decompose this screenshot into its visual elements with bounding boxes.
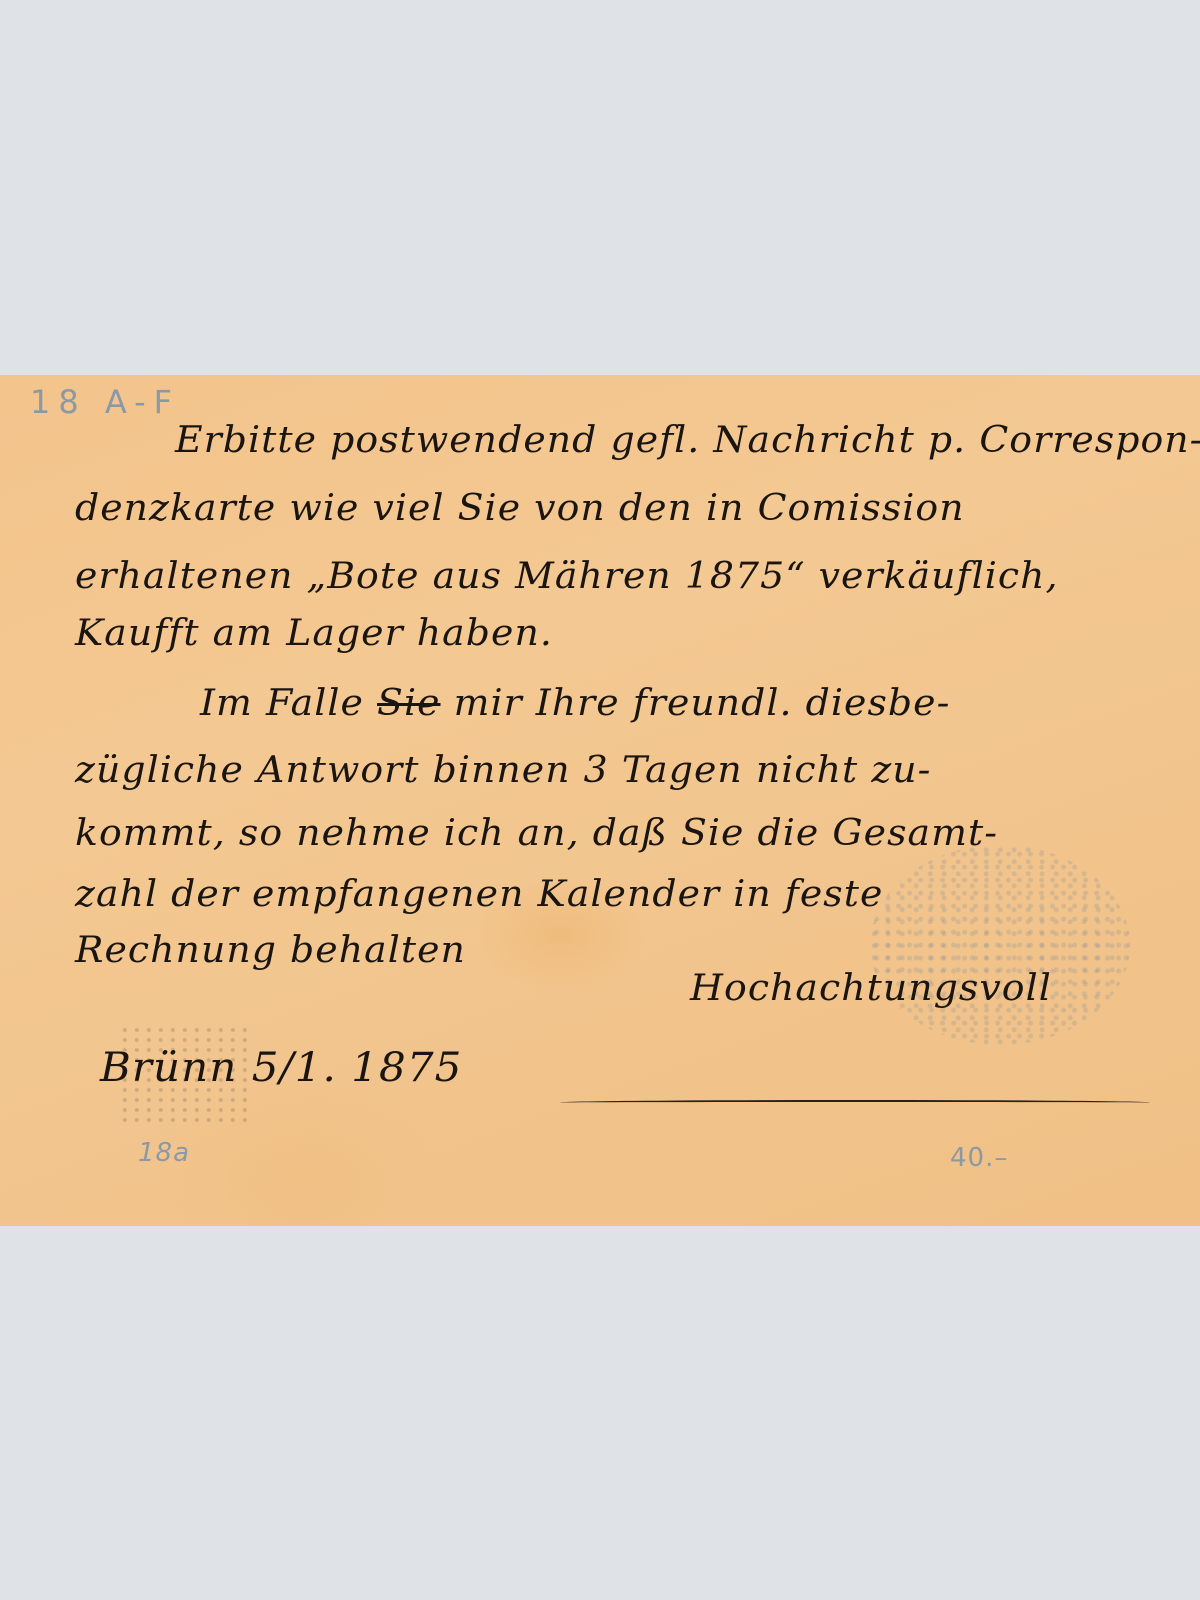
place-date: Brünn 5/1. 1875 [100, 1045, 462, 1091]
signature-flourish [560, 1100, 1150, 1105]
body-line-7: kommt, so nehme ich an, daß Sie die Gesa… [75, 813, 998, 854]
body-line-9: Rechnung behalten [75, 930, 466, 971]
body-line-8: zahl der empfangenen Kalender in feste [75, 874, 883, 915]
price-mark: 40.– [950, 1143, 1008, 1173]
reference-mark: 18a [138, 1138, 190, 1168]
body-line-2: denzkarte wie viel Sie von den in Comiss… [75, 488, 965, 529]
closing-salutation: Hochachtungsvoll [690, 968, 1052, 1009]
body-line-6: zügliche Antwort binnen 3 Tagen nicht zu… [75, 750, 932, 791]
line-5-text: Im Falle [200, 683, 377, 724]
postmark-stamp [870, 845, 1130, 1045]
body-line-1: Erbitte postwendend gefl. Nachricht p. C… [175, 420, 1200, 461]
struck-word: Sie [377, 683, 441, 724]
body-line-3: erhaltenen „Bote aus Mähren 1875“ verkäu… [75, 556, 1059, 597]
body-line-4: Kaufft am Lager haben. [75, 613, 553, 654]
body-line-5: Im Falle Sie mir Ihre freundl. diesbe- [200, 683, 950, 724]
archive-number: 18 A-F [30, 383, 180, 421]
line-5-rest: mir Ihre freundl. diesbe- [441, 683, 951, 724]
